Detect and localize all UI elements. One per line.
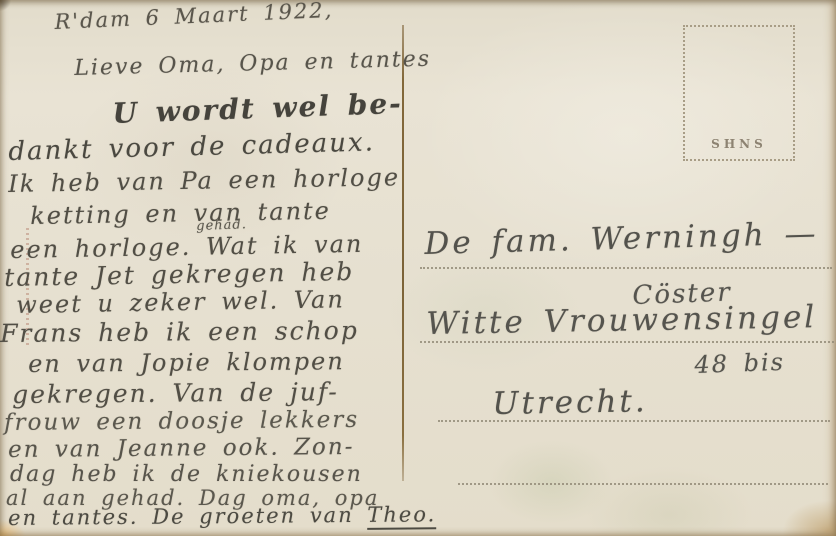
closing-line: en tantes. De groeten van Theo. [8,502,436,530]
salutation-line: Lieve Oma, Opa en tantes [74,47,431,81]
address-street: Witte Vrouwensingel [426,299,817,342]
message-line: frouw een doosje lekkers [4,407,359,436]
inserted-word: gehad. [196,217,247,234]
message-line: en van Jopie klompen [28,347,345,378]
message-line: dag heb ik de kniekousen [10,462,363,487]
closing-text: en tantes. De groeten van [8,503,367,530]
postcard-back: R'dam 6 Maart 1922, Lieve Oma, Opa en ta… [0,0,836,536]
stamp-box: SHNS [683,25,795,161]
message-line: dankt voor de cadeaux. [8,127,375,167]
signature: Theo. [367,502,436,530]
message-line: gekregen. Van de juf- [12,377,339,409]
address-number: 48 bis [694,348,785,379]
message-line: en van Jeanne ook. Zon- [8,434,355,463]
message-line: U wordt wel be- [112,87,403,130]
address-rule-line [420,267,832,269]
stamp-box-label: SHNS [685,137,793,151]
address-rule-line [420,341,834,343]
address-city: Utrecht. [492,383,648,422]
message-line: Ik heb van Pa een horloge [8,163,400,198]
message-line: Frans heb ik een schop [0,316,359,348]
date-line: R'dam 6 Maart 1922, [54,0,334,34]
message-line: weet u zeker wel. Van [16,285,345,319]
addressee-name: De fam. Werningh — [424,216,819,262]
address-rule-line [458,483,828,485]
message-line: ketting en van tante [30,197,331,230]
